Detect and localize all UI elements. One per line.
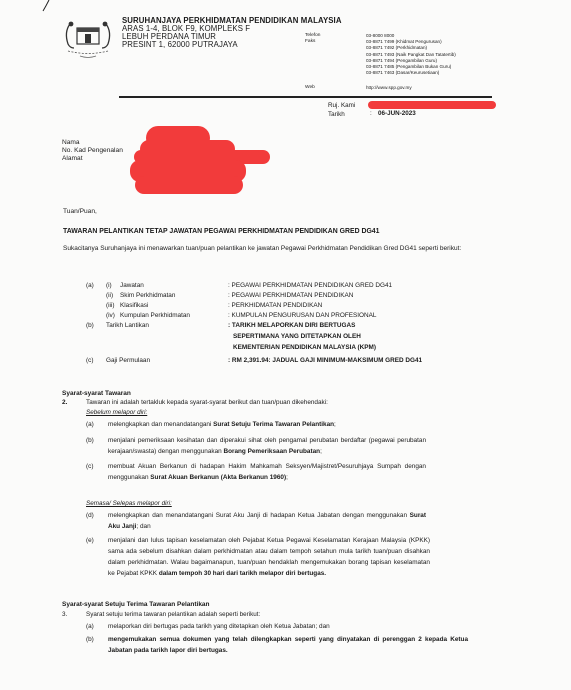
letter-page: SURUHANJAYA PERKHIDMATAN PENDIDIKAN MALA… <box>0 0 571 690</box>
item-letter: (b) <box>86 636 94 643</box>
detail-value: : KUMPULAN PENGURUSAN DAN PROFESIONAL <box>228 312 376 319</box>
section2-heading: Syarat-syarat Tawaran <box>62 390 131 397</box>
section3-lead: Syarat setuju terima tawaran pelantikan … <box>86 611 260 618</box>
ic-label: No. Kad Pengenalan <box>62 147 123 155</box>
contact-labels: Telefon Faks <box>305 33 320 45</box>
section3-number: 3. <box>62 611 67 618</box>
item-bold: Surat Akuan Berkanun (Akta Berkanun 1960… <box>150 474 286 481</box>
tarikh-colon: : <box>370 110 372 117</box>
item-letter: (a) <box>86 623 94 630</box>
detail-value: : TARIKH MELAPORKAN DIRI BERTUGAS <box>228 322 355 329</box>
alamat-label: Alamat <box>62 155 123 163</box>
intro-paragraph: Sukacitanya Suruhanjaya ini menawarkan t… <box>63 244 513 254</box>
detail-roman: (ii) <box>106 292 113 299</box>
reference-labels: Ruj. Kami Tarikh <box>328 101 355 119</box>
faks-label: Faks <box>305 39 320 45</box>
detail-label: Klasifikasi <box>120 302 148 309</box>
item-text: menjalani dan lulus tapisan keselamatan … <box>108 535 430 579</box>
detail-roman: (iv) <box>106 312 115 319</box>
detail-label: Jawatan <box>120 282 144 289</box>
recipient-labels: Nama No. Kad Pengenalan Alamat <box>62 139 123 163</box>
detail-label: Kumpulan Perkhidmatan <box>120 312 190 319</box>
item-tail: ; dan <box>136 523 150 530</box>
detail-label: Gaji Permulaan <box>106 357 150 364</box>
item-tail: ; <box>286 474 288 481</box>
item-letter: (c) <box>86 463 93 470</box>
salutation: Tuan/Puan, <box>63 208 97 215</box>
detail-value: : PERKHIDMATAN PENDIDIKAN <box>228 302 322 309</box>
item-text: melengkapkan dan menandatangani Surat Ak… <box>108 510 426 532</box>
nama-label: Nama <box>62 139 123 147</box>
item-bold: Surat Setuju Terima Tawaran Pelantikan <box>213 421 334 428</box>
coat-of-arms-icon <box>62 18 114 60</box>
item-tail: ; <box>334 421 336 428</box>
item-bold: mengemukakan semua dokumen yang telah di… <box>108 636 468 654</box>
header-divider <box>119 96 492 98</box>
faks-value: 03-8871 7463 (Dasar/Keurusetiaan) <box>366 70 456 76</box>
item-body: melaporkan diri bertugas pada tarikh yan… <box>108 623 330 630</box>
item-body: melengkapkan dan menandatangani Surat Ak… <box>108 512 410 519</box>
item-text: menjalani pemeriksaan kesihatan dan dipe… <box>108 435 426 457</box>
ruj-label: Ruj. Kami <box>328 101 355 110</box>
detail-letter: (c) <box>86 357 93 364</box>
detail-roman: (iii) <box>106 302 115 309</box>
item-text: melengkapkan dan menandatangani Surat Se… <box>108 419 418 430</box>
detail-value: : PEGAWAI PERKHIDMATAN PENDIDIKAN GRED D… <box>228 282 392 289</box>
item-bold: dalam tempoh 30 hari dari tarikh melapor… <box>159 570 326 577</box>
section3-heading: Syarat-syarat Setuju Terima Tawaran Pela… <box>62 601 210 608</box>
letter-title: TAWARAN PELANTIKAN TETAP JAWATAN PEGAWAI… <box>63 228 379 235</box>
section2-number: 2. <box>62 399 67 406</box>
item-text: membuat Akuan Berkanun di hadapan Hakim … <box>108 461 426 483</box>
item-bold: Borang Pemeriksaan Perubatan <box>223 448 320 455</box>
contact-values: 03-8000 8000 03-8871 7499 (Khidmat Pengu… <box>366 33 456 76</box>
item-letter: (e) <box>86 537 94 544</box>
pen-mark-icon <box>40 0 52 12</box>
detail-letter: (b) <box>86 322 94 329</box>
detail-value: KEMENTERIAN PENDIDIKAN MALAYSIA (KPM) <box>233 344 376 351</box>
detail-label: Tarikh Lantikan <box>106 322 149 329</box>
web-label: Web <box>305 85 315 90</box>
item-letter: (d) <box>86 512 94 519</box>
faks-value: 03-8871 7493 (Naik Pangkat Dan Tataterti… <box>366 52 456 58</box>
detail-value: : RM 2,391.94: JADUAL GAJI MINIMUM-MAKSI… <box>228 357 422 364</box>
detail-roman: (i) <box>106 282 112 289</box>
after-reporting-label: Semasa/ Selepas melapor diri: <box>86 500 172 507</box>
section2-lead: Tawaran ini adalah tertakluk kepada syar… <box>86 399 328 406</box>
detail-value: SEPERTIMANA YANG DITETAPKAN OLEH <box>233 333 361 340</box>
tarikh-label: Tarikh <box>328 110 355 119</box>
detail-letter: (a) <box>86 282 94 289</box>
item-body: melengkapkan dan menandatangani <box>108 421 213 428</box>
ruj-redaction <box>368 101 496 109</box>
before-reporting-label: Sebelum melapor diri: <box>86 409 147 416</box>
item-text: mengemukakan semua dokumen yang telah di… <box>108 634 468 656</box>
item-letter: (b) <box>86 437 94 444</box>
detail-label: Skim Perkhidmatan <box>120 292 175 299</box>
tarikh-value: 06-JUN-2023 <box>378 110 416 117</box>
item-tail: ; <box>320 448 322 455</box>
item-text: melaporkan diri bertugas pada tarikh yan… <box>108 621 468 632</box>
detail-value: : PEGAWAI PERKHIDMATAN PENDIDIKAN <box>228 292 353 299</box>
item-letter: (a) <box>86 421 94 428</box>
web-link[interactable]: http://www.spp.gov.my <box>366 85 412 90</box>
